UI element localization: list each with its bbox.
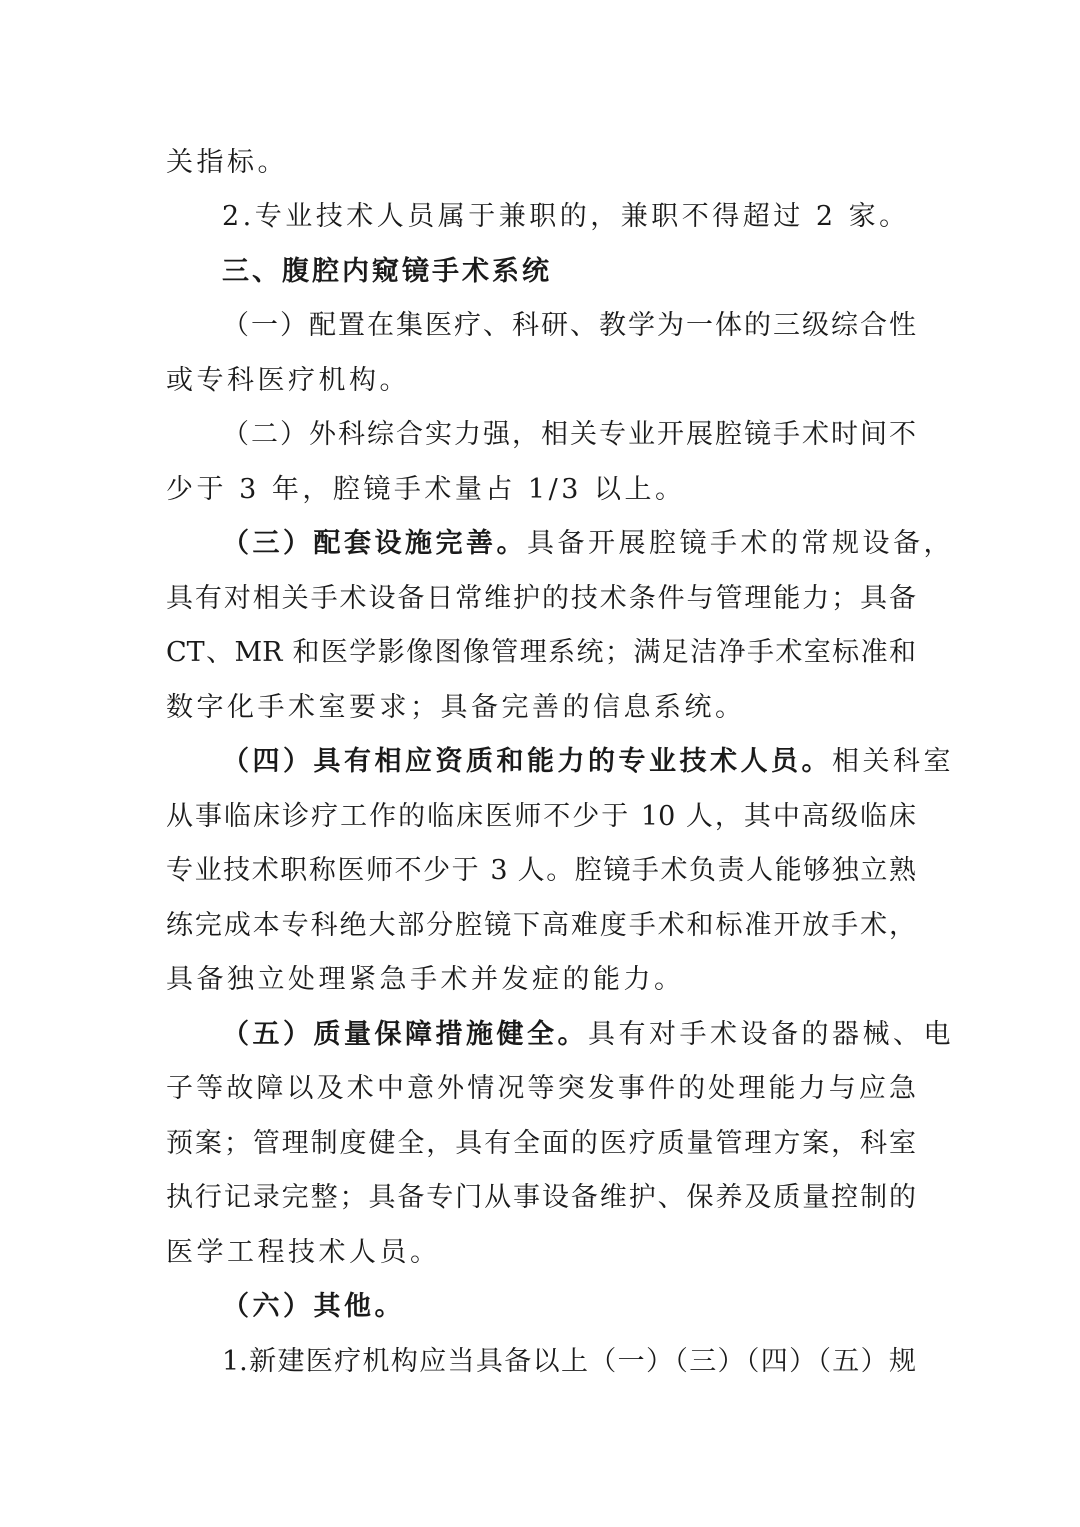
paragraph-text: 相关科室 [832, 746, 954, 777]
paragraph-text: 具备开展腔镜手术的常规设备， [527, 528, 954, 559]
section-heading: 三、腹腔内窥镜手术系统 [222, 245, 552, 299]
paragraph-line: CT、MR 和医学影像图像管理系统；满足洁净手术室标准和 [166, 626, 916, 680]
paragraph-line: 医学工程技术人员。 [166, 1226, 441, 1280]
paragraph-lead: （四）具有相应资质和能力的专业技术人员。 [222, 746, 832, 777]
paragraph-line: （六）其他。 [222, 1280, 405, 1334]
paragraph-line: 关指标。 [166, 136, 288, 190]
paragraph-lead: （三）配套设施完善。 [222, 528, 527, 559]
paragraph-line: 从事临床诊疗工作的临床医师不少于 10 人，其中高级临床 [166, 790, 916, 844]
paragraph-line: 预案；管理制度健全，具有全面的医疗质量管理方案，科室 [166, 1117, 916, 1171]
paragraph-line: （四）具有相应资质和能力的专业技术人员。相关科室 [222, 735, 954, 789]
paragraph-line: 具有对相关手术设备日常维护的技术条件与管理能力；具备 [166, 572, 916, 626]
paragraph-line: 数字化手术室要求；具备完善的信息系统。 [166, 681, 746, 735]
paragraph-line: 子等故障以及术中意外情况等突发事件的处理能力与应急 [166, 1062, 916, 1116]
paragraph-line: （三）配套设施完善。具备开展腔镜手术的常规设备， [222, 517, 954, 571]
paragraph-line: 2.专业技术人员属于兼职的，兼职不得超过 2 家。 [222, 190, 910, 244]
paragraph-line: 少于 3 年，腔镜手术量占 1/3 以上。 [166, 463, 685, 517]
paragraph-line: （五）质量保障措施健全。具有对手术设备的器械、电 [222, 1008, 954, 1062]
paragraph-line: 或专科医疗机构。 [166, 354, 410, 408]
paragraph-line: （一）配置在集医疗、科研、教学为一体的三级综合性 [222, 299, 916, 353]
paragraph-line: 执行记录完整；具备专门从事设备维护、保养及质量控制的 [166, 1171, 916, 1225]
paragraph-line: 专业技术职称医师不少于 3 人。腔镜手术负责人能够独立熟 [166, 844, 916, 898]
paragraph-lead: （五）质量保障措施健全。 [222, 1019, 588, 1050]
paragraph-line: （二）外科综合实力强，相关专业开展腔镜手术时间不 [222, 408, 916, 462]
paragraph-line: 具备独立处理紧急手术并发症的能力。 [166, 953, 685, 1007]
paragraph-line: 1.新建医疗机构应当具备以上（一）（三）（四）（五）规 [222, 1335, 916, 1389]
paragraph-lead: （六）其他。 [222, 1291, 405, 1322]
paragraph-line: 练完成本专科绝大部分腔镜下高难度手术和标准开放手术， [166, 899, 916, 953]
paragraph-text: 具有对手术设备的器械、电 [588, 1019, 954, 1050]
